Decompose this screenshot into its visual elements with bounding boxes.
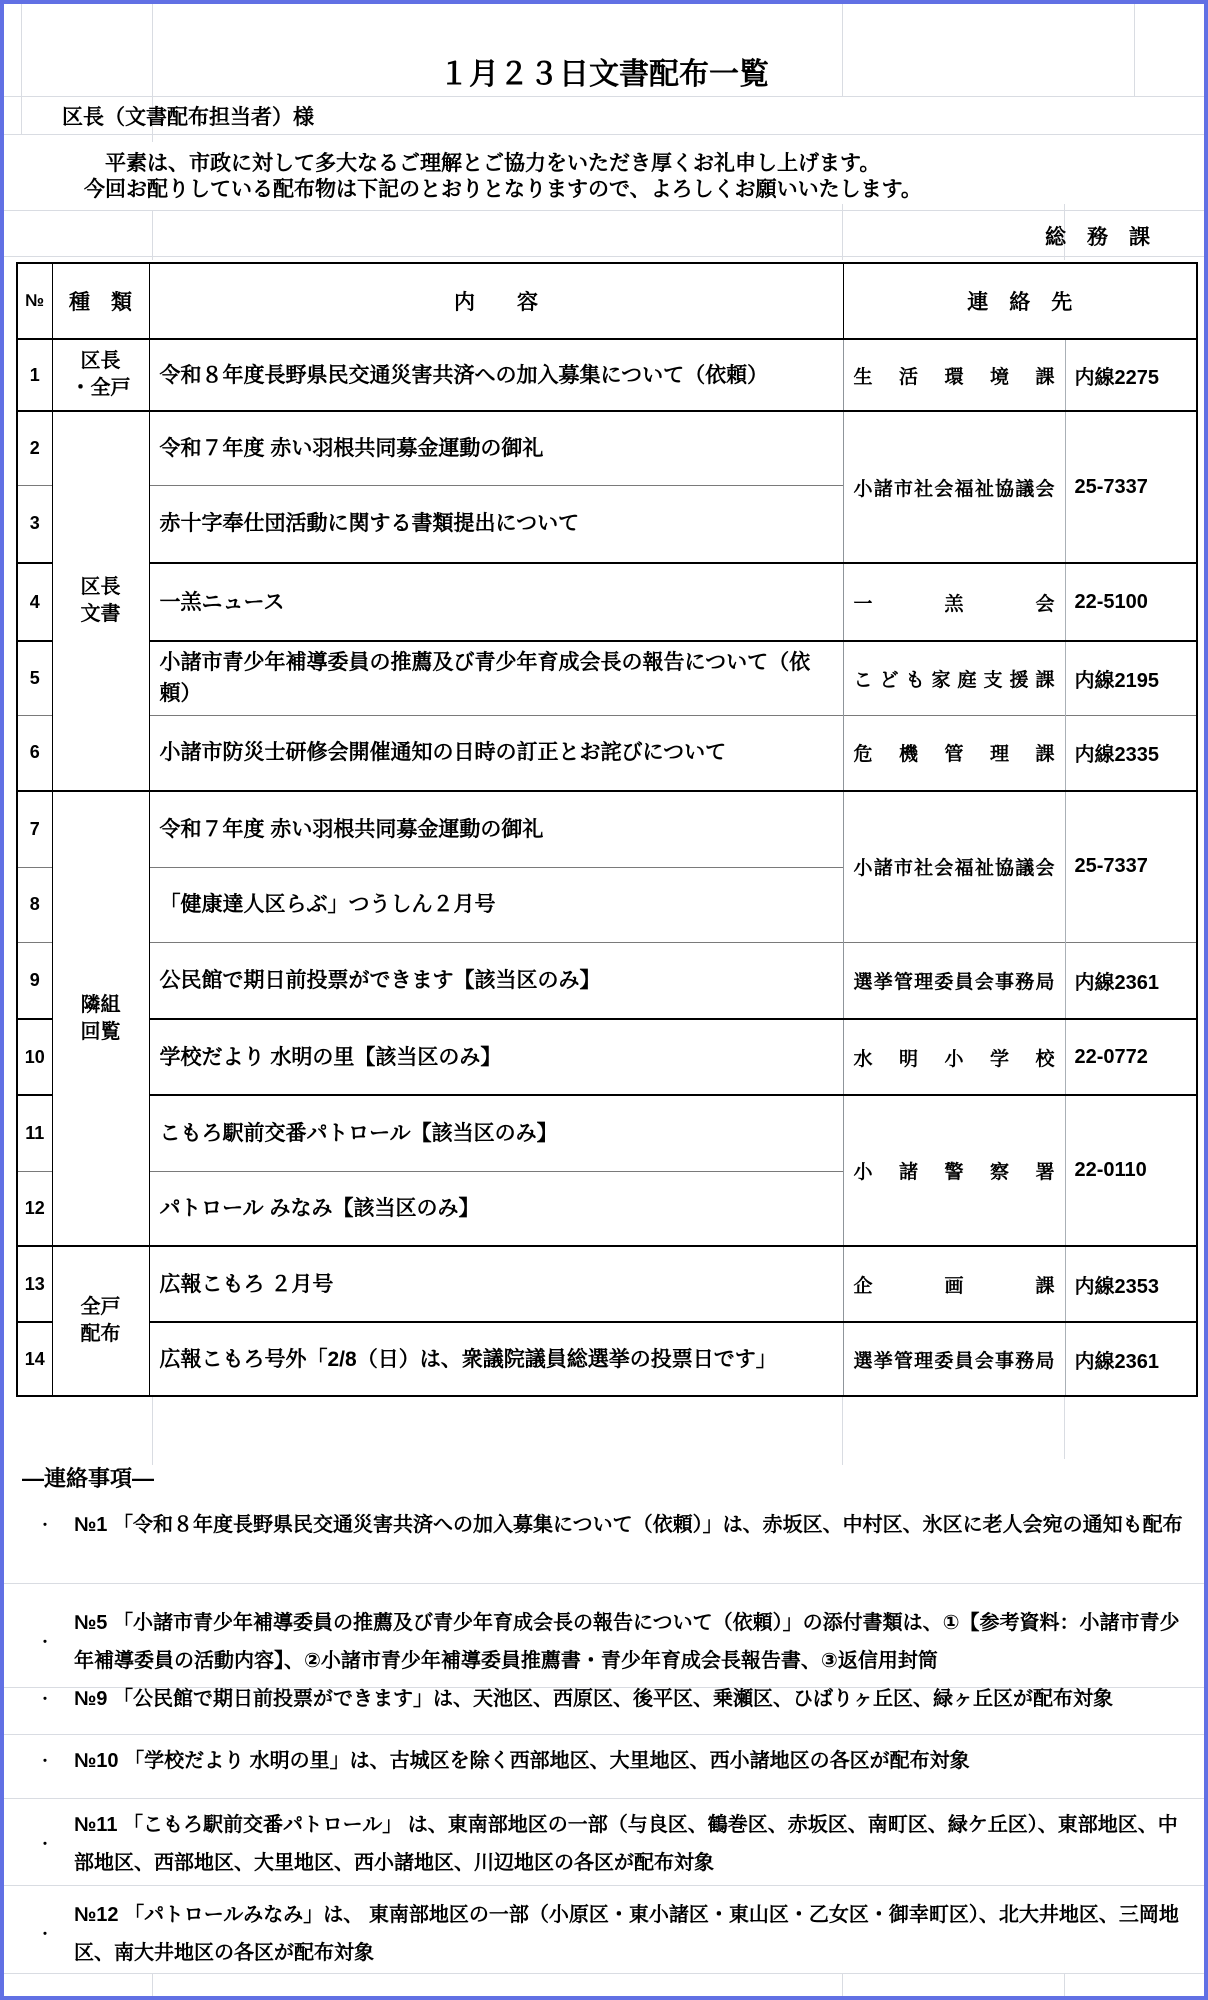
contact-tel-cell: 22-5100 xyxy=(1065,563,1197,641)
gridline xyxy=(1064,1395,1065,1459)
contact-tel-cell: 内線2361 xyxy=(1065,942,1197,1019)
bullet-icon: ・ xyxy=(16,1834,74,1854)
contact-org-cell: 小諸市社会福祉協議会 xyxy=(843,791,1065,942)
gridline xyxy=(152,1395,153,1465)
gridline xyxy=(842,1395,843,1465)
row-no: 11 xyxy=(17,1095,52,1171)
content-cell: 公民館で期日前投票ができます【該当区のみ】 xyxy=(149,942,843,1019)
note-text: №1 「令和８年度長野県民交通災害共済への加入募集について（依頼）」は、赤坂区、… xyxy=(74,1506,1192,1544)
note-item: ・ №1 「令和８年度長野県民交通災害共済への加入募集について（依頼）」は、赤坂… xyxy=(16,1506,1192,1544)
note-item: ・ №10 「学校だより 水明の里」は、古城区を除く西部地区、大里地区、西小諸地… xyxy=(16,1742,1192,1780)
note-item: ・ №9 「公民館で期日前投票ができます」は、天池区、西原区、後平区、乗瀬区、ひ… xyxy=(16,1680,1192,1718)
row-no: 4 xyxy=(17,563,52,641)
salutation: 区長（文書配布担当者）様 xyxy=(62,101,314,131)
contact-org-cell: 水明小学校 xyxy=(843,1019,1065,1095)
greeting-line-1: 平素は、市政に対して多大なるご理解とご協力をいただき厚くお礼申し上げます。 xyxy=(84,151,922,177)
page-title: １月２３日文書配布一覧 xyxy=(0,56,1208,94)
content-cell: 学校だより 水明の里【該当区のみ】 xyxy=(149,1019,843,1095)
bullet-icon: ・ xyxy=(16,1632,74,1652)
greeting-paragraph: 平素は、市政に対して多大なるご理解とご協力をいただき厚くお礼申し上げます。 今回… xyxy=(84,151,922,203)
row-no: 2 xyxy=(17,411,52,485)
gridline xyxy=(1064,1973,1065,1996)
content-cell: こもろ駅前交番パトロール【該当区のみ】 xyxy=(149,1095,843,1171)
row-no: 8 xyxy=(17,867,52,942)
gridline xyxy=(4,1798,1204,1799)
note-text: №11 「こもろ駅前交番パトロール」 は、東南部地区の一部（与良区、鶴巻区、赤坂… xyxy=(74,1806,1192,1882)
contact-tel-cell: 25-7337 xyxy=(1065,791,1197,942)
row-no: 7 xyxy=(17,791,52,867)
gridline xyxy=(152,1973,153,1996)
header-no: № xyxy=(17,263,52,339)
contact-tel-cell: 内線2275 xyxy=(1065,339,1197,411)
row-no: 1 xyxy=(17,339,52,411)
header-type: 種 類 xyxy=(52,263,149,339)
greeting-line-2: 今回お配りしている配布物は下記のとおりとなりますので、よろしくお願いいたします。 xyxy=(84,177,922,203)
contact-tel-cell: 内線2195 xyxy=(1065,641,1197,715)
type-group-cell: 区長 ・全戸 xyxy=(52,339,149,411)
row-no: 13 xyxy=(17,1246,52,1322)
note-text: №5 「小諸市青少年補導委員の推薦及び青少年育成会長の報告について（依頼）」の添… xyxy=(74,1604,1192,1680)
row-no: 6 xyxy=(17,715,52,791)
contact-tel-cell: 内線2353 xyxy=(1065,1246,1197,1322)
bullet-icon: ・ xyxy=(16,1924,74,1944)
gridline xyxy=(4,1583,1204,1584)
gridline xyxy=(842,1973,843,1996)
gridline xyxy=(4,1885,1204,1886)
gridline xyxy=(4,134,1204,135)
content-cell: 小諸市青少年補導委員の推薦及び青少年育成会長の報告について（依頼） xyxy=(149,641,843,715)
type-group-cell: 区長 文書 xyxy=(52,411,149,791)
note-item: ・ №5 「小諸市青少年補導委員の推薦及び青少年育成会長の報告について（依頼）」… xyxy=(16,1604,1192,1680)
contact-tel-cell: 22-0110 xyxy=(1065,1095,1197,1246)
bullet-icon: ・ xyxy=(16,1751,74,1771)
row-no: 12 xyxy=(17,1171,52,1246)
gridline xyxy=(4,1973,1204,1974)
bullet-icon: ・ xyxy=(16,1515,74,1535)
content-cell: 広報こもろ号外「2/8（日）は、衆議院議員総選挙の投票日です」 xyxy=(149,1322,843,1396)
row-no: 10 xyxy=(17,1019,52,1095)
contact-org-cell: こども家庭支援課 xyxy=(843,641,1065,715)
department-label: 総 務 課 xyxy=(1045,221,1150,251)
content-cell: 小諸市防災士研修会開催通知の日時の訂正とお詫びについて xyxy=(149,715,843,791)
gridline xyxy=(4,1734,1204,1735)
contact-tel-cell: 22-0772 xyxy=(1065,1019,1197,1095)
content-cell: 赤十字奉仕団活動に関する書類提出について xyxy=(149,485,843,563)
content-cell: 広報こもろ ２月号 xyxy=(149,1246,843,1322)
contact-org-cell: 選挙管理委員会事務局 xyxy=(843,1322,1065,1396)
note-item: ・ №11 「こもろ駅前交番パトロール」 は、東南部地区の一部（与良区、鶴巻区、… xyxy=(16,1806,1192,1882)
gridline xyxy=(4,96,1204,97)
type-group-cell: 隣組 回覧 xyxy=(52,791,149,1246)
gridline xyxy=(4,210,1204,211)
bullet-icon: ・ xyxy=(16,1689,74,1709)
contact-tel-cell: 25-7337 xyxy=(1065,411,1197,563)
gridline xyxy=(4,256,1204,257)
contact-org-cell: 小諸警察署 xyxy=(843,1095,1065,1246)
contact-org-cell: 生活環境課 xyxy=(843,339,1065,411)
header-content: 内 容 xyxy=(149,263,843,339)
content-cell: 令和７年度 赤い羽根共同募金運動の御礼 xyxy=(149,791,843,867)
contact-org-cell: 一羔会 xyxy=(843,563,1065,641)
contact-org-cell: 小諸市社会福祉協議会 xyxy=(843,411,1065,563)
contact-org-cell: 企画課 xyxy=(843,1246,1065,1322)
note-text: №10 「学校だより 水明の里」は、古城区を除く西部地区、大里地区、西小諸地区の… xyxy=(74,1742,1192,1780)
note-text: №9 「公民館で期日前投票ができます」は、天池区、西原区、後平区、乗瀬区、ひばり… xyxy=(74,1680,1192,1718)
notes-heading: ―連絡事項― xyxy=(22,1462,154,1493)
contact-org-cell: 選挙管理委員会事務局 xyxy=(843,942,1065,1019)
note-item: ・ №12 「パトロールみなみ」は、 東南部地区の一部（小原区・東小諸区・東山区… xyxy=(16,1896,1192,1972)
header-contact: 連 絡 先 xyxy=(843,263,1197,339)
row-no: 9 xyxy=(17,942,52,1019)
gridline xyxy=(842,204,843,260)
contact-tel-cell: 内線2361 xyxy=(1065,1322,1197,1396)
content-cell: 一羔ニュース xyxy=(149,563,843,641)
row-no: 3 xyxy=(17,485,52,563)
row-no: 14 xyxy=(17,1322,52,1396)
gridline xyxy=(152,210,153,260)
contact-tel-cell: 内線2335 xyxy=(1065,715,1197,791)
row-no: 5 xyxy=(17,641,52,715)
content-cell: 「健康達人区らぶ」つうしん２月号 xyxy=(149,867,843,942)
content-cell: 令和７年度 赤い羽根共同募金運動の御礼 xyxy=(149,411,843,485)
content-cell: パトロール みなみ【該当区のみ】 xyxy=(149,1171,843,1246)
distribution-table: № 種 類 内 容 連 絡 先 1 区長 ・全戸 令和８年度長野県民交通災害共済… xyxy=(16,262,1198,1397)
note-text: №12 「パトロールみなみ」は、 東南部地区の一部（小原区・東小諸区・東山区・乙… xyxy=(74,1896,1192,1972)
content-cell: 令和８年度長野県民交通災害共済への加入募集について（依頼） xyxy=(149,339,843,411)
contact-org-cell: 危機管理課 xyxy=(843,715,1065,791)
type-group-cell: 全戸 配布 xyxy=(52,1246,149,1396)
